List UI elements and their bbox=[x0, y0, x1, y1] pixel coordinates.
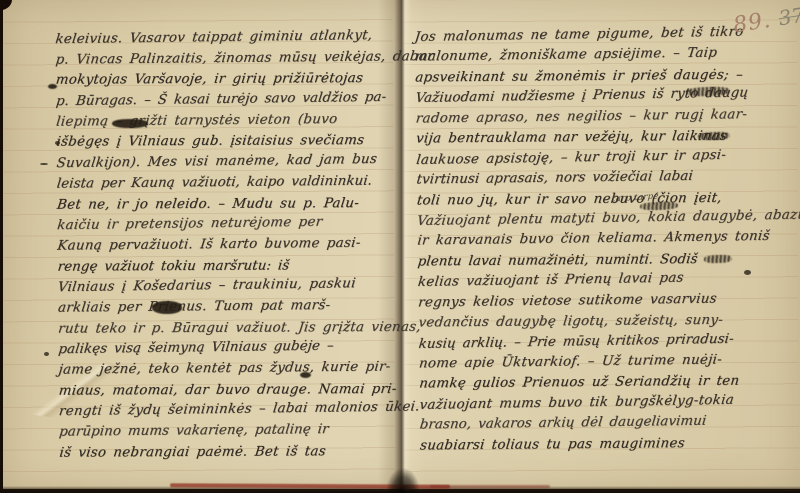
handwritten-line: suabiarsi toliaus tu pas maugimines bbox=[419, 433, 800, 457]
manuscript-photo: keleivius. Vasarov taippat giminiu atlan… bbox=[0, 0, 800, 493]
ink-smear bbox=[112, 119, 148, 128]
handwritten-line: iš viso nebrangiai paėmė. Bet iš tas bbox=[58, 442, 406, 465]
ink-blot bbox=[48, 84, 57, 89]
book-left-edge bbox=[0, 0, 3, 493]
ink-speck bbox=[44, 352, 49, 356]
handwritten-line: p. Vincas Palinzaitis, žinomas mūsų veik… bbox=[54, 47, 402, 71]
page-number-gray: 37 bbox=[777, 3, 800, 31]
handwritten-line: jame ježnė, teko kentėt pas žydus, kurie… bbox=[57, 357, 405, 381]
margin-dash bbox=[40, 163, 48, 165]
ink-smudge bbox=[300, 372, 311, 378]
handwritten-line: arkliais per Prienus. Tuom pat marš- bbox=[57, 295, 405, 319]
handwritten-line: ir karavanais buvo čion keliama. Akmenys… bbox=[416, 227, 798, 252]
handwritten-line: parūpino mums vakarienę, patalinę ir bbox=[58, 419, 406, 443]
ink-speck bbox=[55, 141, 60, 145]
left-page-handwriting: keleivius. Vasarov taippat giminiu atlan… bbox=[54, 26, 404, 464]
handwritten-line: liepimą – grįžti tarnystės vieton (buvo bbox=[55, 109, 403, 133]
handwritten-line: tvirtinusi aprasais, nors vožiečiai laba… bbox=[415, 166, 797, 191]
ink-speck bbox=[744, 270, 751, 275]
right-page-handwriting: Jos malonumas ne tame pigume, bet iš tik… bbox=[413, 23, 799, 457]
gutter-bottom-shadow bbox=[386, 468, 420, 493]
ink-blot bbox=[152, 301, 182, 314]
handwritten-line: leista per Kauną važiuoti, kaipo valdini… bbox=[56, 171, 404, 195]
handwritten-line: brasno, vakaros arkių dėl daugeliavimui bbox=[419, 411, 800, 436]
handwritten-line: malonume, žmoniškame apsiėjime. – Taip bbox=[414, 43, 796, 68]
handwritten-line: Kauną pervažiuoti. Iš karto buvome pasi- bbox=[56, 233, 404, 257]
red-page-edge bbox=[430, 485, 550, 488]
